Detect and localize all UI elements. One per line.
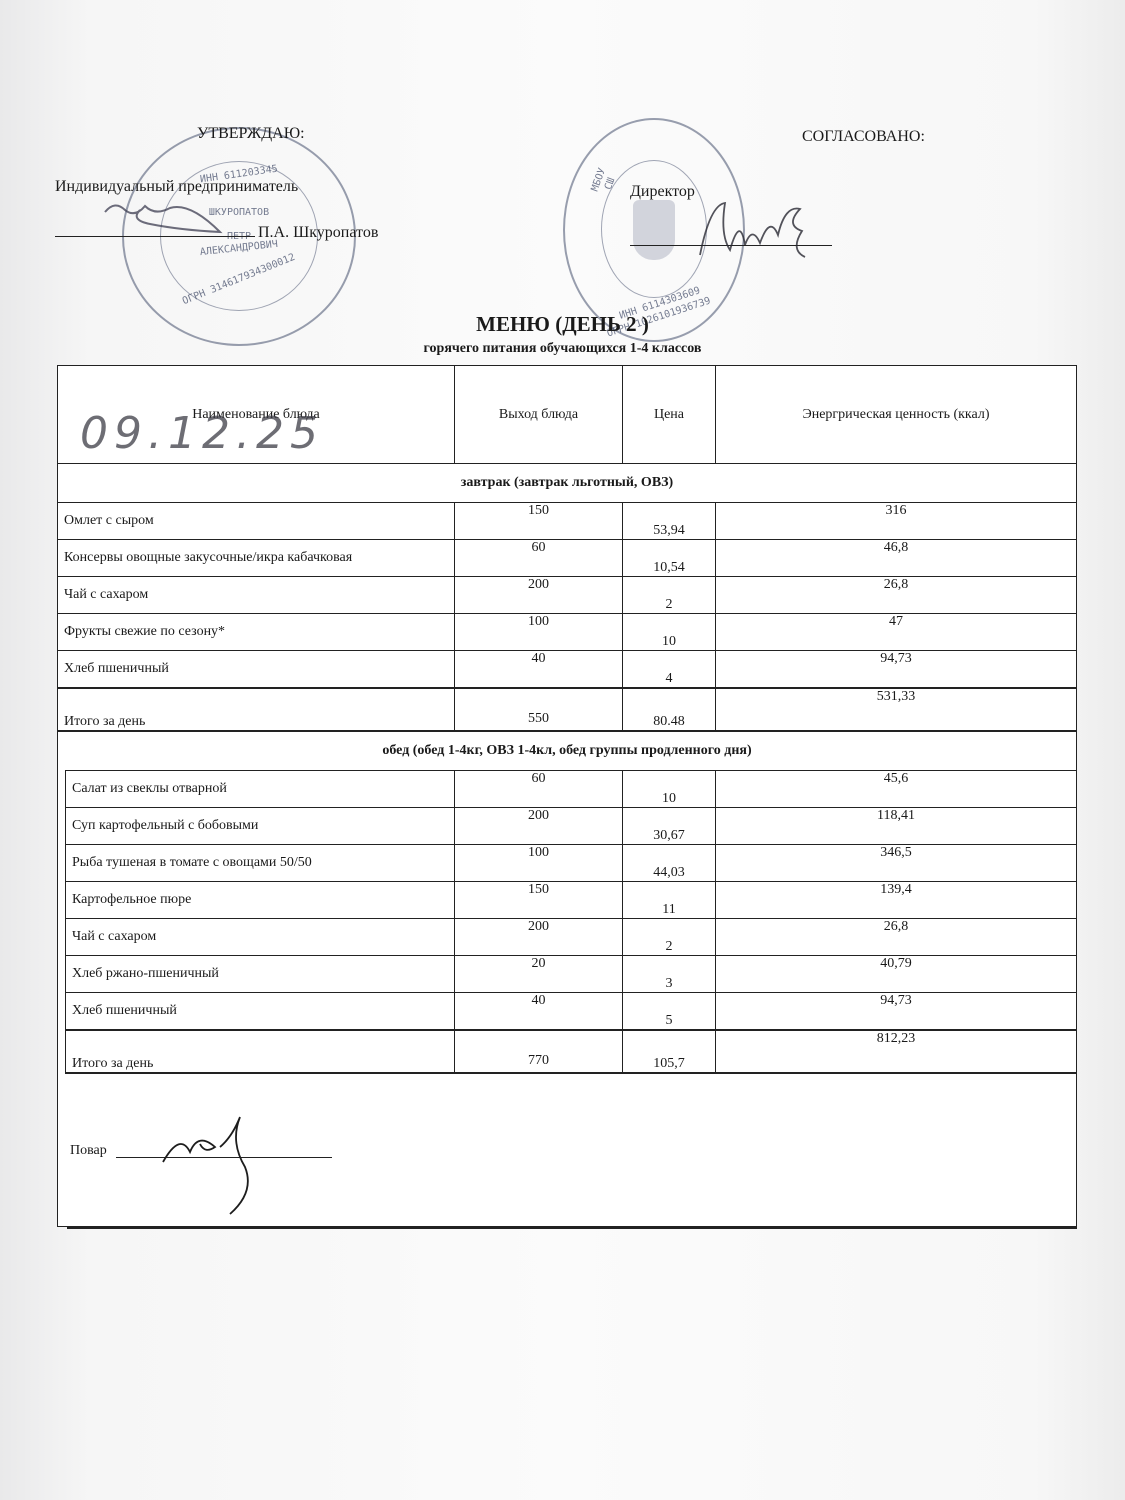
table-row: Хлеб пшеничный40594,73 bbox=[66, 993, 1077, 1031]
table-row: Омлет с сыром15053,94316 bbox=[58, 503, 1077, 540]
dish-output: 200 bbox=[455, 577, 623, 614]
breakfast-table: Омлет с сыром15053,94316Консервы овощные… bbox=[57, 502, 1077, 732]
col-header-kcal: Энергрическая ценность (ккал) bbox=[716, 366, 1077, 464]
dish-kcal: 139,4 bbox=[716, 882, 1077, 919]
table-row: Салат из свеклы отварной601045,6 bbox=[66, 771, 1077, 808]
cook-label: Повар bbox=[70, 1143, 107, 1159]
dish-name: Хлеб пшеничный bbox=[58, 651, 455, 689]
coat-of-arms-icon bbox=[633, 200, 675, 260]
col-header-price: Цена bbox=[623, 366, 716, 464]
dish-name: Омлет с сыром bbox=[58, 503, 455, 540]
dish-price: 30,67 bbox=[623, 808, 716, 845]
dish-price: 10,54 bbox=[623, 540, 716, 577]
dish-price: 44,03 bbox=[623, 845, 716, 882]
dish-name: Рыба тушеная в томате с овощами 50/50 bbox=[66, 845, 455, 882]
table-row: Картофельное пюре15011139,4 bbox=[66, 882, 1077, 919]
approve-name: П.А. Шкуропатов bbox=[258, 224, 378, 242]
dish-output: 150 bbox=[455, 882, 623, 919]
table-row: Чай с сахаром200226,8 bbox=[58, 577, 1077, 614]
dish-name: Суп картофельный с бобовыми bbox=[66, 808, 455, 845]
dish-kcal: 118,41 bbox=[716, 808, 1077, 845]
dish-kcal: 531,33 bbox=[716, 688, 1077, 731]
dish-output: 20 bbox=[455, 956, 623, 993]
dish-price: 105,7 bbox=[623, 1030, 716, 1073]
dish-kcal: 316 bbox=[716, 503, 1077, 540]
dish-output: 100 bbox=[455, 614, 623, 651]
dish-price: 11 bbox=[623, 882, 716, 919]
dish-kcal: 45,6 bbox=[716, 771, 1077, 808]
table-row: Чай с сахаром200226,8 bbox=[66, 919, 1077, 956]
dish-name: Фрукты свежие по сезону* bbox=[58, 614, 455, 651]
dish-kcal: 47 bbox=[716, 614, 1077, 651]
dish-name: Итого за день bbox=[58, 688, 455, 731]
lunch-table: Салат из свеклы отварной601045,6Суп карт… bbox=[65, 770, 1077, 1074]
dish-output: 60 bbox=[455, 771, 623, 808]
col-header-output: Выход блюда bbox=[455, 366, 623, 464]
agree-position: Директор bbox=[630, 183, 695, 201]
dish-output: 200 bbox=[455, 808, 623, 845]
page-title: МЕНЮ (ДЕНЬ 2 ) bbox=[0, 312, 1125, 337]
approve-signature bbox=[100, 190, 240, 240]
dish-price: 2 bbox=[623, 577, 716, 614]
agree-heading: СОГЛАСОВАНО: bbox=[802, 128, 925, 146]
dish-name: Картофельное пюре bbox=[66, 882, 455, 919]
dish-price: 53,94 bbox=[623, 503, 716, 540]
dish-output: 200 bbox=[455, 919, 623, 956]
dish-output: 770 bbox=[455, 1030, 623, 1073]
dish-kcal: 346,5 bbox=[716, 845, 1077, 882]
table-row: Суп картофельный с бобовыми20030,67118,4… bbox=[66, 808, 1077, 845]
dish-price: 80.48 bbox=[623, 688, 716, 731]
section-lunch-title: обед (обед 1-4кг, ОВЗ 1-4кл, обед группы… bbox=[57, 743, 1077, 759]
dish-price: 2 bbox=[623, 919, 716, 956]
dish-kcal: 26,8 bbox=[716, 919, 1077, 956]
dish-name: Хлеб пшеничный bbox=[66, 993, 455, 1031]
dish-kcal: 94,73 bbox=[716, 651, 1077, 689]
total-row: Итого за день770105,7812,23 bbox=[66, 1030, 1077, 1073]
dish-output: 60 bbox=[455, 540, 623, 577]
approve-heading: УТВЕРЖДАЮ: bbox=[197, 125, 305, 143]
table-row: Фрукты свежие по сезону*1001047 bbox=[58, 614, 1077, 651]
table-row: Хлеб ржано-пшеничный20340,79 bbox=[66, 956, 1077, 993]
bottom-rule bbox=[67, 1227, 1077, 1229]
dish-name: Чай с сахаром bbox=[58, 577, 455, 614]
page-subtitle: горячего питания обучающихся 1-4 классов bbox=[0, 341, 1125, 357]
dish-name: Салат из свеклы отварной bbox=[66, 771, 455, 808]
dish-output: 40 bbox=[455, 993, 623, 1031]
dish-output: 150 bbox=[455, 503, 623, 540]
total-row: Итого за день55080.48531,33 bbox=[58, 688, 1077, 731]
dish-kcal: 94,73 bbox=[716, 993, 1077, 1031]
section-breakfast-title: завтрак (завтрак льготный, ОВЗ) bbox=[57, 475, 1077, 491]
dish-price: 10 bbox=[623, 771, 716, 808]
dish-output: 100 bbox=[455, 845, 623, 882]
dish-name: Итого за день bbox=[66, 1030, 455, 1073]
dish-price: 4 bbox=[623, 651, 716, 689]
dish-name: Консервы овощные закусочные/икра кабачко… bbox=[58, 540, 455, 577]
dish-price: 10 bbox=[623, 614, 716, 651]
agree-signature bbox=[690, 195, 820, 265]
table-row: Консервы овощные закусочные/икра кабачко… bbox=[58, 540, 1077, 577]
handwritten-date: 09.12.25 bbox=[80, 408, 324, 459]
table-row: Рыба тушеная в томате с овощами 50/50100… bbox=[66, 845, 1077, 882]
dish-name: Хлеб ржано-пшеничный bbox=[66, 956, 455, 993]
dish-kcal: 812,23 bbox=[716, 1030, 1077, 1073]
cook-signature bbox=[160, 1112, 270, 1222]
dish-price: 5 bbox=[623, 993, 716, 1031]
dish-price: 3 bbox=[623, 956, 716, 993]
dish-kcal: 26,8 bbox=[716, 577, 1077, 614]
dish-kcal: 40,79 bbox=[716, 956, 1077, 993]
dish-kcal: 46,8 bbox=[716, 540, 1077, 577]
dish-output: 40 bbox=[455, 651, 623, 689]
table-row: Хлеб пшеничный40494,73 bbox=[58, 651, 1077, 689]
dish-name: Чай с сахаром bbox=[66, 919, 455, 956]
dish-output: 550 bbox=[455, 688, 623, 731]
